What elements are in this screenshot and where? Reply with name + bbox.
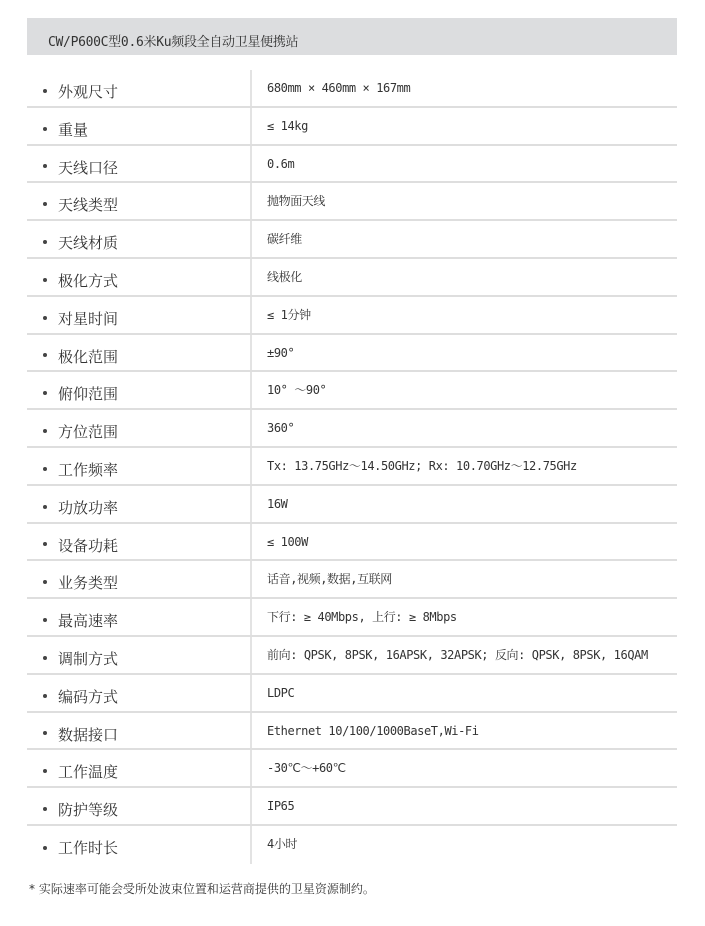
spec-label: 方位范围: [58, 423, 118, 441]
bullet-icon: [43, 164, 47, 168]
spec-value: 碳纤维: [267, 231, 302, 247]
spec-value: 680mm × 460mm × 167mm: [267, 80, 410, 96]
spec-value: ≤ 14kg: [267, 118, 308, 134]
spec-label-cell: 业务类型: [27, 561, 252, 597]
spec-label-cell: 天线口径: [27, 146, 252, 182]
spec-label: 工作频率: [58, 461, 118, 479]
spec-value: -30℃～+60℃: [267, 760, 346, 776]
bullet-icon: [43, 316, 47, 320]
spec-label-cell: 工作温度: [27, 750, 252, 786]
bullet-icon: [43, 89, 47, 93]
spec-label: 天线类型: [58, 196, 118, 214]
bullet-icon: [43, 807, 47, 811]
spec-row-service-type: 业务类型 话音,视频,数据,互联网: [27, 561, 677, 599]
bullet-icon: [43, 127, 47, 131]
spec-row-antenna-diameter: 天线口径 0.6m: [27, 146, 677, 184]
spec-label-cell: 数据接口: [27, 713, 252, 749]
bullet-icon: [43, 278, 47, 282]
bullet-icon: [43, 618, 47, 622]
bullet-icon: [43, 505, 47, 509]
spec-label: 最高速率: [58, 612, 118, 630]
spec-label: 业务类型: [58, 574, 118, 592]
spec-label: 极化方式: [58, 272, 118, 290]
spec-row-weight: 重量 ≤ 14kg: [27, 108, 677, 146]
spec-label: 重量: [58, 121, 88, 139]
spec-label: 工作时长: [58, 839, 118, 857]
spec-label-cell: 天线类型: [27, 183, 252, 219]
spec-value: 360°: [267, 420, 294, 436]
spec-value: 下行: ≥ 40Mbps, 上行: ≥ 8Mbps: [267, 609, 457, 625]
spec-value: LDPC: [267, 685, 294, 701]
spec-value: 16W: [267, 496, 287, 512]
spec-row-operating-duration: 工作时长 4小时: [27, 826, 677, 864]
spec-row-operating-temperature: 工作温度 -30℃～+60℃: [27, 750, 677, 788]
bullet-icon: [43, 542, 47, 546]
spec-label: 调制方式: [58, 650, 118, 668]
spec-label-cell: 极化方式: [27, 259, 252, 295]
spec-label-cell: 设备功耗: [27, 524, 252, 560]
spec-label: 设备功耗: [58, 537, 118, 555]
spec-table: 外观尺寸 680mm × 460mm × 167mm 重量 ≤ 14kg 天线口…: [27, 70, 677, 864]
bullet-icon: [43, 656, 47, 660]
bullet-icon: [43, 429, 47, 433]
bullet-icon: [43, 391, 47, 395]
spec-label-cell: 功放功率: [27, 486, 252, 522]
spec-label-cell: 调制方式: [27, 637, 252, 673]
spec-value: IP65: [267, 798, 294, 814]
spec-label-cell: 外观尺寸: [27, 70, 252, 106]
spec-row-elevation-range: 俯仰范围 10° ～90°: [27, 372, 677, 410]
spec-label: 工作温度: [58, 763, 118, 781]
product-title: CW/P600C型0.6米Ku频段全自动卫星便携站: [48, 35, 298, 51]
spec-value: 0.6m: [267, 156, 294, 172]
spec-label-cell: 极化范围: [27, 335, 252, 371]
spec-value: 话音,视频,数据,互联网: [267, 571, 392, 587]
bullet-icon: [43, 202, 47, 206]
spec-value: 线极化: [267, 269, 302, 285]
spec-label-cell: 工作频率: [27, 448, 252, 484]
spec-label: 编码方式: [58, 688, 118, 706]
spec-label: 天线材质: [58, 234, 118, 252]
spec-row-frequency: 工作频率 Tx: 13.75GHz～14.50GHz; Rx: 10.70GHz…: [27, 448, 677, 486]
spec-row-modulation: 调制方式 前向: QPSK, 8PSK, 16APSK, 32APSK; 反向:…: [27, 637, 677, 675]
spec-label-cell: 编码方式: [27, 675, 252, 711]
bullet-icon: [43, 694, 47, 698]
spec-label: 俯仰范围: [58, 385, 118, 403]
spec-row-polarization-mode: 极化方式 线极化: [27, 259, 677, 297]
spec-row-dimensions: 外观尺寸 680mm × 460mm × 167mm: [27, 70, 677, 108]
spec-value: ±90°: [267, 345, 294, 361]
spec-value: Tx: 13.75GHz～14.50GHz; Rx: 10.70GHz～12.7…: [267, 458, 577, 474]
spec-row-max-rate: 最高速率 下行: ≥ 40Mbps, 上行: ≥ 8Mbps: [27, 599, 677, 637]
spec-label-cell: 防护等级: [27, 788, 252, 824]
spec-label: 对星时间: [58, 310, 118, 328]
spec-value: 4小时: [267, 836, 297, 852]
spec-label: 数据接口: [58, 726, 118, 744]
spec-label: 防护等级: [58, 801, 118, 819]
spec-label-cell: 方位范围: [27, 410, 252, 446]
spec-row-polarization-range: 极化范围 ±90°: [27, 335, 677, 373]
bullet-icon: [43, 769, 47, 773]
spec-label-cell: 对星时间: [27, 297, 252, 333]
spec-value: 10° ～90°: [267, 382, 326, 398]
spec-value: Ethernet 10/100/1000BaseT,Wi-Fi: [267, 723, 479, 739]
bullet-icon: [43, 846, 47, 850]
bullet-icon: [43, 467, 47, 471]
spec-row-acquisition-time: 对星时间 ≤ 1分钟: [27, 297, 677, 335]
bullet-icon: [43, 580, 47, 584]
spec-label: 功放功率: [58, 499, 118, 517]
spec-label: 天线口径: [58, 159, 118, 177]
spec-label-cell: 最高速率: [27, 599, 252, 635]
spec-row-amplifier-power: 功放功率 16W: [27, 486, 677, 524]
spec-row-azimuth-range: 方位范围 360°: [27, 410, 677, 448]
spec-value: ≤ 1分钟: [267, 307, 311, 323]
product-title-bar: CW/P600C型0.6米Ku频段全自动卫星便携站: [27, 18, 677, 55]
spec-row-protection-rating: 防护等级 IP65: [27, 788, 677, 826]
spec-row-coding: 编码方式 LDPC: [27, 675, 677, 713]
bullet-icon: [43, 731, 47, 735]
spec-label: 极化范围: [58, 348, 118, 366]
spec-value: ≤ 100W: [267, 534, 308, 550]
spec-label-cell: 天线材质: [27, 221, 252, 257]
spec-label-cell: 重量: [27, 108, 252, 144]
spec-value: 抛物面天线: [267, 193, 325, 209]
spec-row-antenna-type: 天线类型 抛物面天线: [27, 183, 677, 221]
spec-row-data-interface: 数据接口 Ethernet 10/100/1000BaseT,Wi-Fi: [27, 713, 677, 751]
spec-label-cell: 工作时长: [27, 826, 252, 864]
bullet-icon: [43, 353, 47, 357]
spec-label-cell: 俯仰范围: [27, 372, 252, 408]
spec-label: 外观尺寸: [58, 83, 118, 101]
spec-value: 前向: QPSK, 8PSK, 16APSK, 32APSK; 反向: QPSK…: [267, 647, 648, 663]
spec-row-antenna-material: 天线材质 碳纤维: [27, 221, 677, 259]
footnote: * 实际速率可能会受所处波束位置和运营商提供的卫星资源制约。: [29, 881, 375, 897]
spec-row-power-consumption: 设备功耗 ≤ 100W: [27, 524, 677, 562]
bullet-icon: [43, 240, 47, 244]
